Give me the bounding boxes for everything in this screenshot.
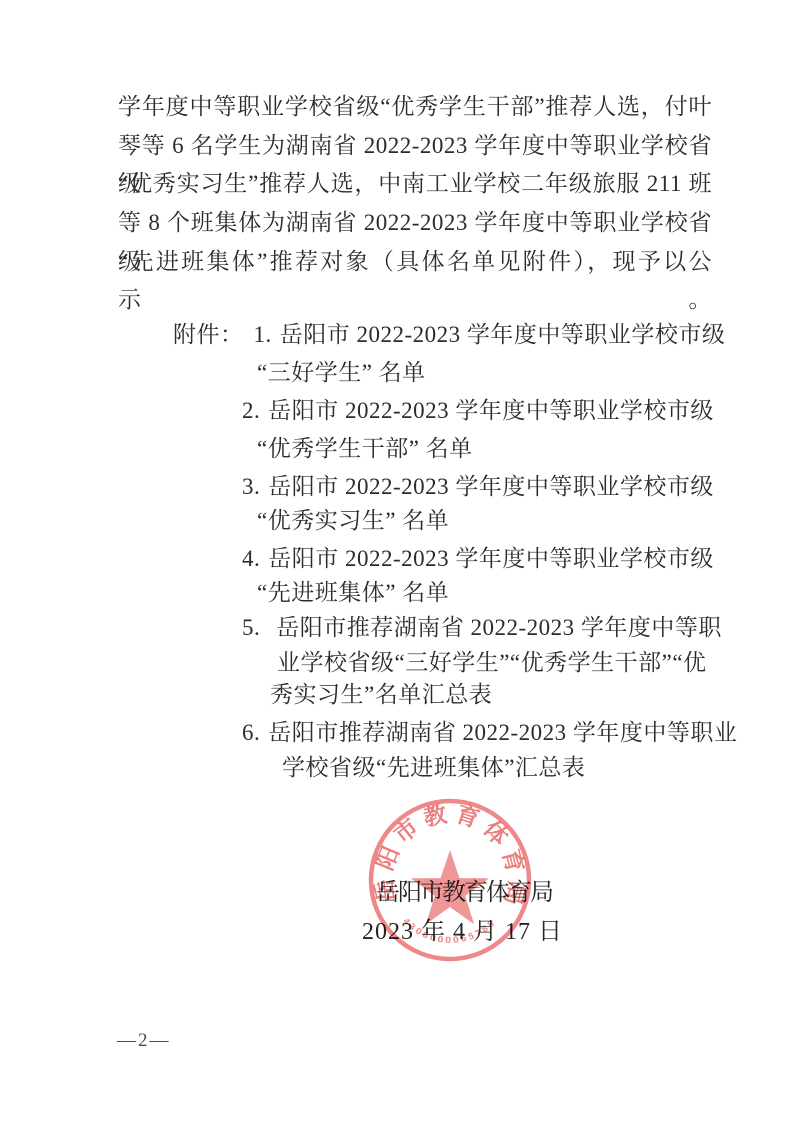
attachment-text: 岳阳市 2022-2023 学年度中等职业学校市级	[268, 546, 714, 571]
attachment-item-continuation: “三好学生” 名单	[257, 358, 426, 388]
document-page: 学年度中等职业学校省级“优秀学生干部”推荐人选，付叶 琴等 6 名学生为湖南省 …	[0, 0, 793, 1122]
attachment-item-continuation: “优秀学生干部” 名单	[257, 434, 473, 464]
attachment-item: 5.岳阳市推荐湖南省 2022-2023 学年度中等职	[242, 613, 722, 643]
attachment-item: 2.岳阳市 2022-2023 学年度中等职业学校市级	[242, 396, 714, 426]
attachment-number: 4.	[242, 546, 260, 571]
body-line: “优秀实习生”推荐人选，中南工业学校二年级旅服 211 班	[118, 165, 712, 204]
body-line: “先进班集体”推荐对象（具体名单见附件），现予以公示。	[118, 243, 712, 282]
attachment-item: 附件：1.岳阳市 2022-2023 学年度中等职业学校市级	[173, 320, 725, 350]
body-paragraph: 学年度中等职业学校省级“优秀学生干部”推荐人选，付叶 琴等 6 名学生为湖南省 …	[118, 88, 712, 281]
body-line: 学年度中等职业学校省级“优秀学生干部”推荐人选，付叶	[118, 88, 712, 127]
attachment-item: 4.岳阳市 2022-2023 学年度中等职业学校市级	[242, 544, 714, 574]
attachment-item: 6.岳阳市推荐湖南省 2022-2023 学年度中等职业	[242, 718, 737, 748]
attachment-text: 岳阳市推荐湖南省 2022-2023 学年度中等职	[276, 615, 722, 640]
seal-star-icon	[411, 850, 489, 924]
attachment-number: 6.	[242, 720, 260, 745]
official-seal: 岳阳市教育体育局 4306000065788	[360, 790, 540, 970]
attachment-item: 3.岳阳市 2022-2023 学年度中等职业学校市级	[242, 472, 714, 502]
attachment-text: 岳阳市 2022-2023 学年度中等职业学校市级	[268, 398, 714, 423]
page-number: —2—	[117, 1030, 171, 1052]
attachment-number: 1.	[254, 322, 272, 347]
attachment-number: 2.	[242, 398, 260, 423]
attachment-item-continuation: 学校省级“先进班集体”汇总表	[282, 753, 585, 783]
attachment-number: 5.	[242, 615, 260, 640]
attachment-text: 岳阳市 2022-2023 学年度中等职业学校市级	[280, 322, 726, 347]
attachment-number: 3.	[242, 474, 260, 499]
attachments-label: 附件：	[173, 322, 244, 347]
body-line: 琴等 6 名学生为湖南省 2022-2023 学年度中等职业学校省级	[118, 127, 712, 166]
attachment-text: 岳阳市推荐湖南省 2022-2023 学年度中等职业	[268, 720, 737, 745]
attachment-item-continuation: 业学校省级“三好学生”“优秀学生干部”“优	[277, 648, 707, 678]
attachment-item-continuation: 秀实习生”名单汇总表	[270, 680, 492, 710]
attachment-item-continuation: “先进班集体” 名单	[257, 578, 449, 608]
seal-code: 4306000065788	[400, 917, 498, 946]
attachment-text: 岳阳市 2022-2023 学年度中等职业学校市级	[268, 474, 714, 499]
body-line: 等 8 个班集体为湖南省 2022-2023 学年度中等职业学校省级	[118, 204, 712, 243]
attachment-item-continuation: “优秀实习生” 名单	[257, 506, 449, 536]
seal-code-container: 4306000065788	[400, 917, 498, 946]
